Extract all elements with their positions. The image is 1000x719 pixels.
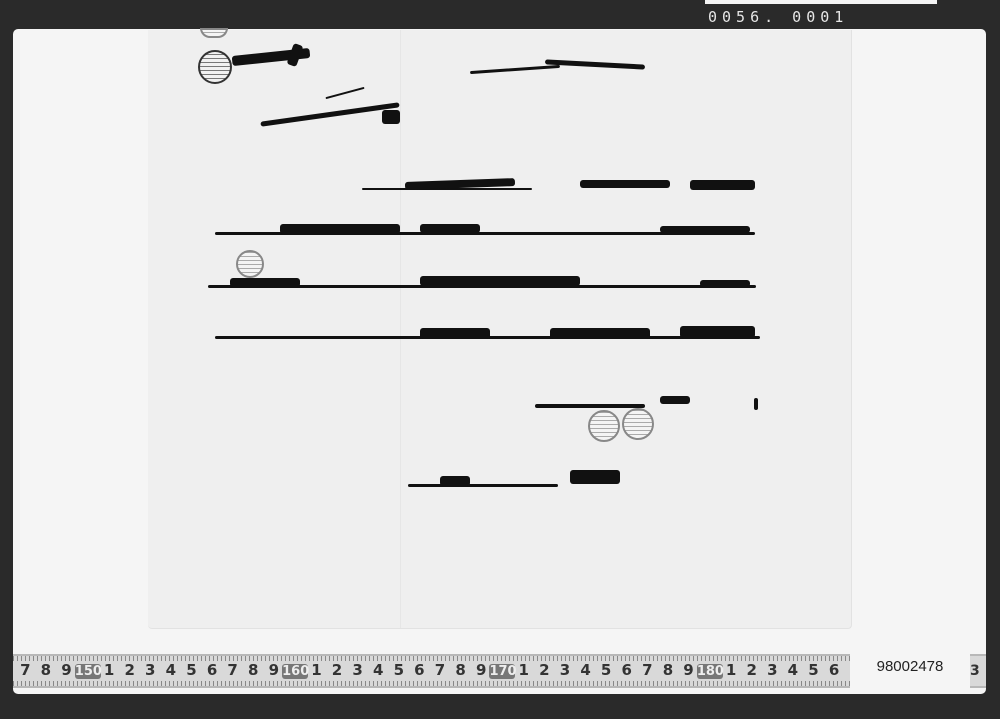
seal-stamp-icon — [622, 408, 654, 440]
reel-frame-number: 0056. 0001 — [708, 8, 848, 26]
seal-stamp-icon — [198, 50, 232, 84]
ruler-end-segment: 3 — [970, 654, 986, 688]
seal-stamp-icon — [588, 410, 620, 442]
paper-fold-line — [400, 30, 401, 628]
film-frame-strip — [705, 0, 937, 4]
ruler-labels: 7891501234567891601234567891701234567891… — [15, 661, 844, 679]
seal-stamp-icon — [236, 250, 264, 278]
catalog-number-label: 98002478 — [850, 652, 970, 682]
ruler-ticks-bottom — [13, 681, 850, 686]
measurement-ruler: 7891501234567891601234567891701234567891… — [13, 654, 850, 688]
